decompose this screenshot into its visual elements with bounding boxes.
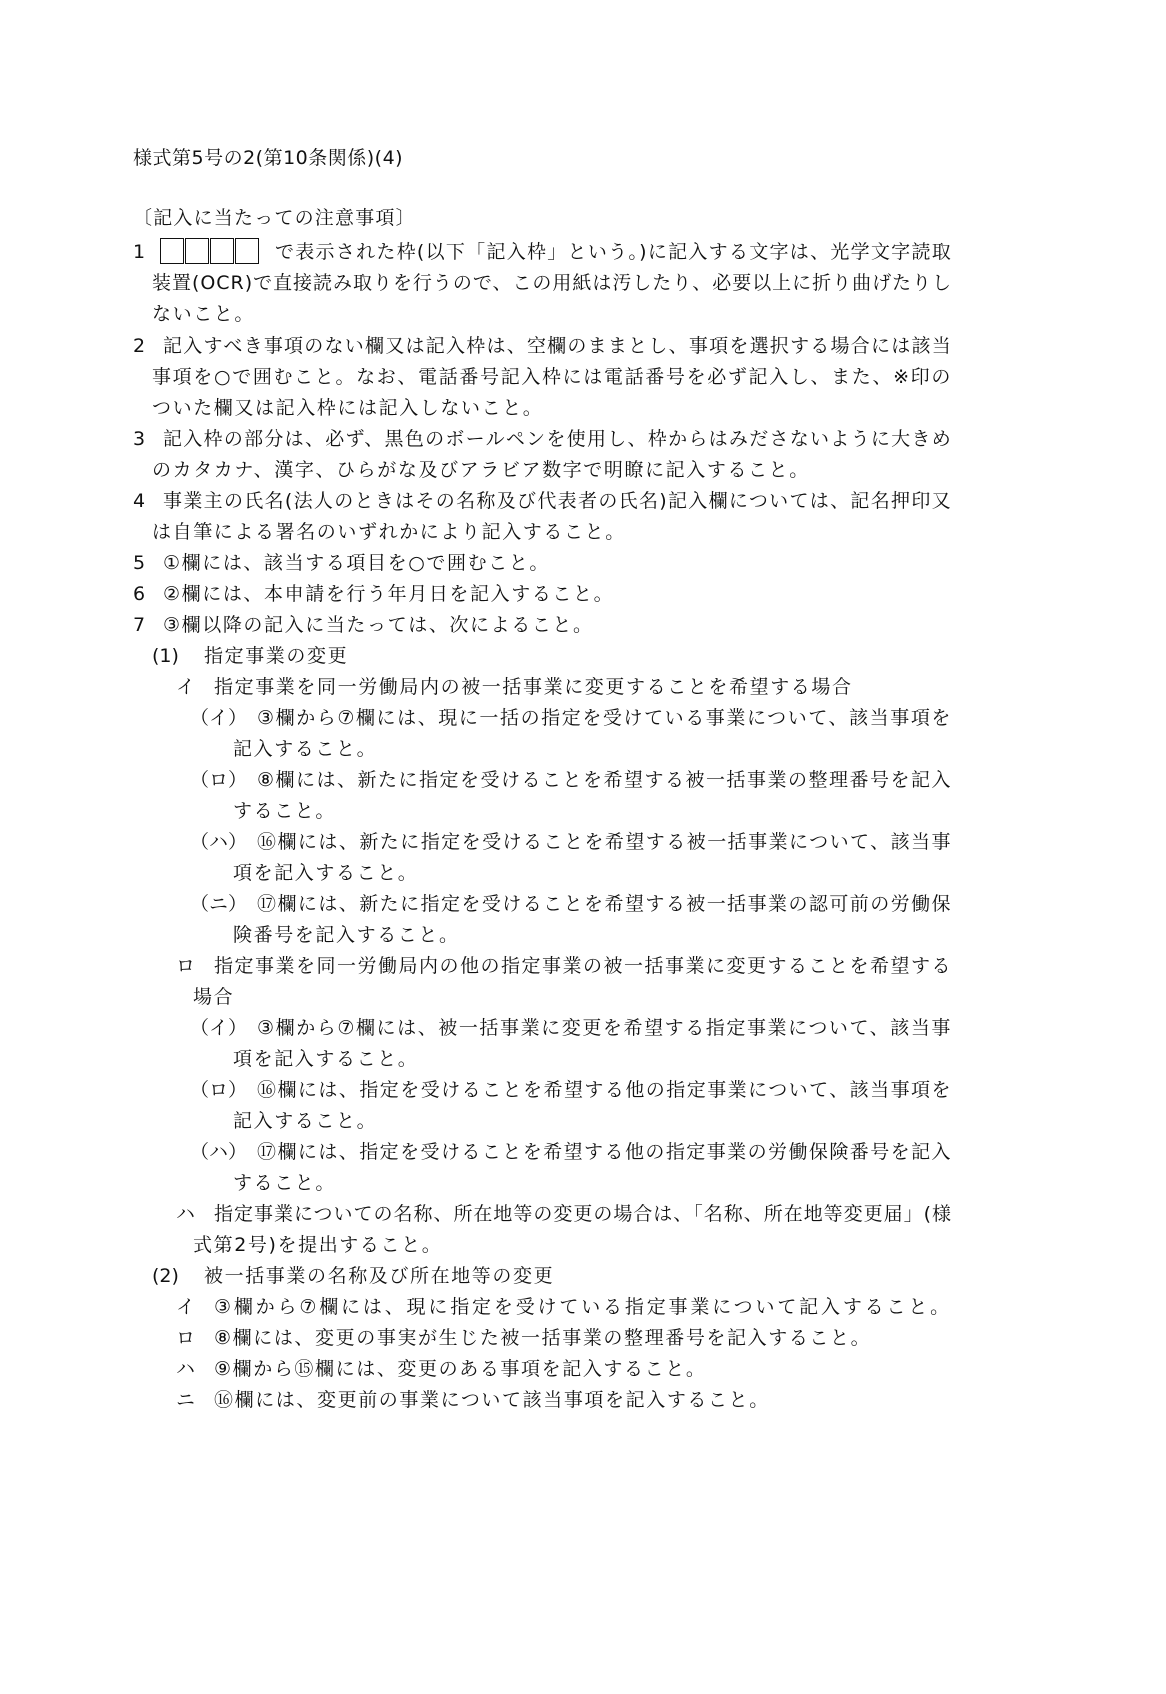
item-marker: イ xyxy=(176,675,195,699)
item-marker: 6 xyxy=(133,582,145,606)
instruction-line: ないこと。 xyxy=(152,302,255,326)
instruction-line: 装置(OCR)で直接読み取りを行うので、この用紙は汚したり、必要以上に折り曲げた… xyxy=(152,271,952,295)
document-page: 様式第5号の2(第10条関係)(4) 〔記入に当たっての注意事項〕 1で表示され… xyxy=(0,0,1166,1694)
item-marker: 1 xyxy=(133,240,145,264)
instruction-line: 事項を○で囲むこと。なお、電話番号記入枠には電話番号を必ず記入し、また、※印の xyxy=(152,365,952,389)
instruction-line: ⑨欄から⑮欄には、変更のある事項を記入すること。 xyxy=(214,1357,706,1381)
ocr-box-icon xyxy=(235,238,259,264)
instruction-line: ③欄以降の記入に当たっては、次によること。 xyxy=(163,613,594,637)
instruction-line: 指定事業を同一労働局内の被一括事業に変更することを希望する場合 xyxy=(214,675,853,699)
instruction-line: ⑯欄には、変更前の事業について該当事項を記入すること。 xyxy=(214,1388,770,1412)
item-marker: (2) xyxy=(152,1264,179,1288)
instruction-line: 事業主の氏名(法人のときはその名称及び代表者の氏名)記入欄については、記名押印又 xyxy=(163,489,952,513)
item-marker: ロ xyxy=(176,1326,195,1350)
item-marker: （ハ） xyxy=(190,830,247,854)
section-heading: 〔記入に当たっての注意事項〕 xyxy=(133,206,416,230)
instruction-line: ⑰欄には、指定を受けることを希望する他の指定事業の労働保険番号を記入 xyxy=(257,1140,952,1164)
instruction-line: ①欄には、該当する項目を○で囲むこと。 xyxy=(163,551,550,575)
instruction-line: ついた欄又は記入枠には記入しないこと。 xyxy=(152,396,543,420)
instruction-line: ⑰欄には、新たに指定を受けることを希望する被一括事業の認可前の労働保 xyxy=(257,892,952,916)
instruction-line: ⑯欄には、指定を受けることを希望する他の指定事業について、該当事項を xyxy=(257,1078,952,1102)
instruction-line: 記入すること。 xyxy=(233,1109,377,1133)
instruction-line: のカタカナ、漢字、ひらがな及びアラビア数字で明瞭に記入すること。 xyxy=(152,458,810,482)
item-marker: 5 xyxy=(133,551,145,575)
instruction-line: 険番号を記入すること。 xyxy=(233,923,460,947)
item-marker: ロ xyxy=(176,954,195,978)
instruction-line: 指定事業についての名称、所在地等の変更の場合は、「名称、所在地等変更届」(様 xyxy=(214,1202,952,1226)
ocr-box-icon xyxy=(210,238,234,264)
instruction-line: 記入すべき事項のない欄又は記入枠は、空欄のままとし、事項を選択する場合には該当 xyxy=(163,334,952,358)
item-marker: 4 xyxy=(133,489,145,513)
instruction-line: ⑧欄には、変更の事実が生じた被一括事業の整理番号を記入すること。 xyxy=(214,1326,871,1350)
instruction-line: 式第2号)を提出すること。 xyxy=(193,1233,442,1257)
instruction-line: 項を記入すること。 xyxy=(233,861,418,885)
instruction-line: 指定事業を同一労働局内の他の指定事業の被一括事業に変更することを希望する xyxy=(214,954,952,978)
instruction-line: 指定事業の変更 xyxy=(204,644,348,668)
item-marker: ハ xyxy=(176,1202,195,1226)
instruction-line: すること。 xyxy=(233,799,336,823)
item-marker: ニ xyxy=(176,1388,195,1412)
instruction-line: ②欄には、本申請を行う年月日を記入すること。 xyxy=(163,582,614,606)
instruction-line: 記入すること。 xyxy=(233,737,377,761)
form-title: 様式第5号の2(第10条関係)(4) xyxy=(133,146,403,170)
ocr-box-icon xyxy=(160,238,184,264)
ocr-box-icon xyxy=(185,238,209,264)
item-marker: （ロ） xyxy=(190,768,247,792)
instruction-line: ⑧欄には、新たに指定を受けることを希望する被一括事業の整理番号を記入 xyxy=(257,768,952,792)
item-marker: ハ xyxy=(176,1357,195,1381)
item-marker: 2 xyxy=(133,334,145,358)
instruction-line: 被一括事業の名称及び所在地等の変更 xyxy=(204,1264,554,1288)
item-marker: （ハ） xyxy=(190,1140,247,1164)
instruction-line: ③欄から⑦欄には、被一括事業に変更を希望する指定事業について、該当事 xyxy=(257,1016,952,1040)
instruction-line: ③欄から⑦欄には、現に一括の指定を受けている事業について、該当事項を xyxy=(257,706,952,730)
instruction-line: ③欄から⑦欄には、現に指定を受けている指定事業について記入すること。 xyxy=(214,1295,952,1319)
instruction-line: で表示された枠(以下「記入枠」という。)に記入する文字は、光学文字読取 xyxy=(275,240,952,264)
instruction-line: は自筆による署名のいずれかにより記入すること。 xyxy=(152,520,626,544)
item-marker: （ニ） xyxy=(190,892,247,916)
item-marker: 3 xyxy=(133,427,145,451)
item-marker: イ xyxy=(176,1295,195,1319)
item-marker: （イ） xyxy=(190,706,247,730)
item-marker: （イ） xyxy=(190,1016,247,1040)
item-marker: 7 xyxy=(133,613,145,637)
item-marker: （ロ） xyxy=(190,1078,247,1102)
item-marker: (1) xyxy=(152,644,179,668)
instruction-line: 項を記入すること。 xyxy=(233,1047,418,1071)
instruction-line: ⑯欄には、新たに指定を受けることを希望する被一括事業について、該当事 xyxy=(257,830,952,854)
instruction-line: 記入枠の部分は、必ず、黒色のボールペンを使用し、枠からはみださないように大きめ xyxy=(163,427,952,451)
ocr-entry-boxes xyxy=(160,238,260,264)
instruction-line: 場合 xyxy=(193,985,234,1009)
instruction-line: すること。 xyxy=(233,1171,336,1195)
